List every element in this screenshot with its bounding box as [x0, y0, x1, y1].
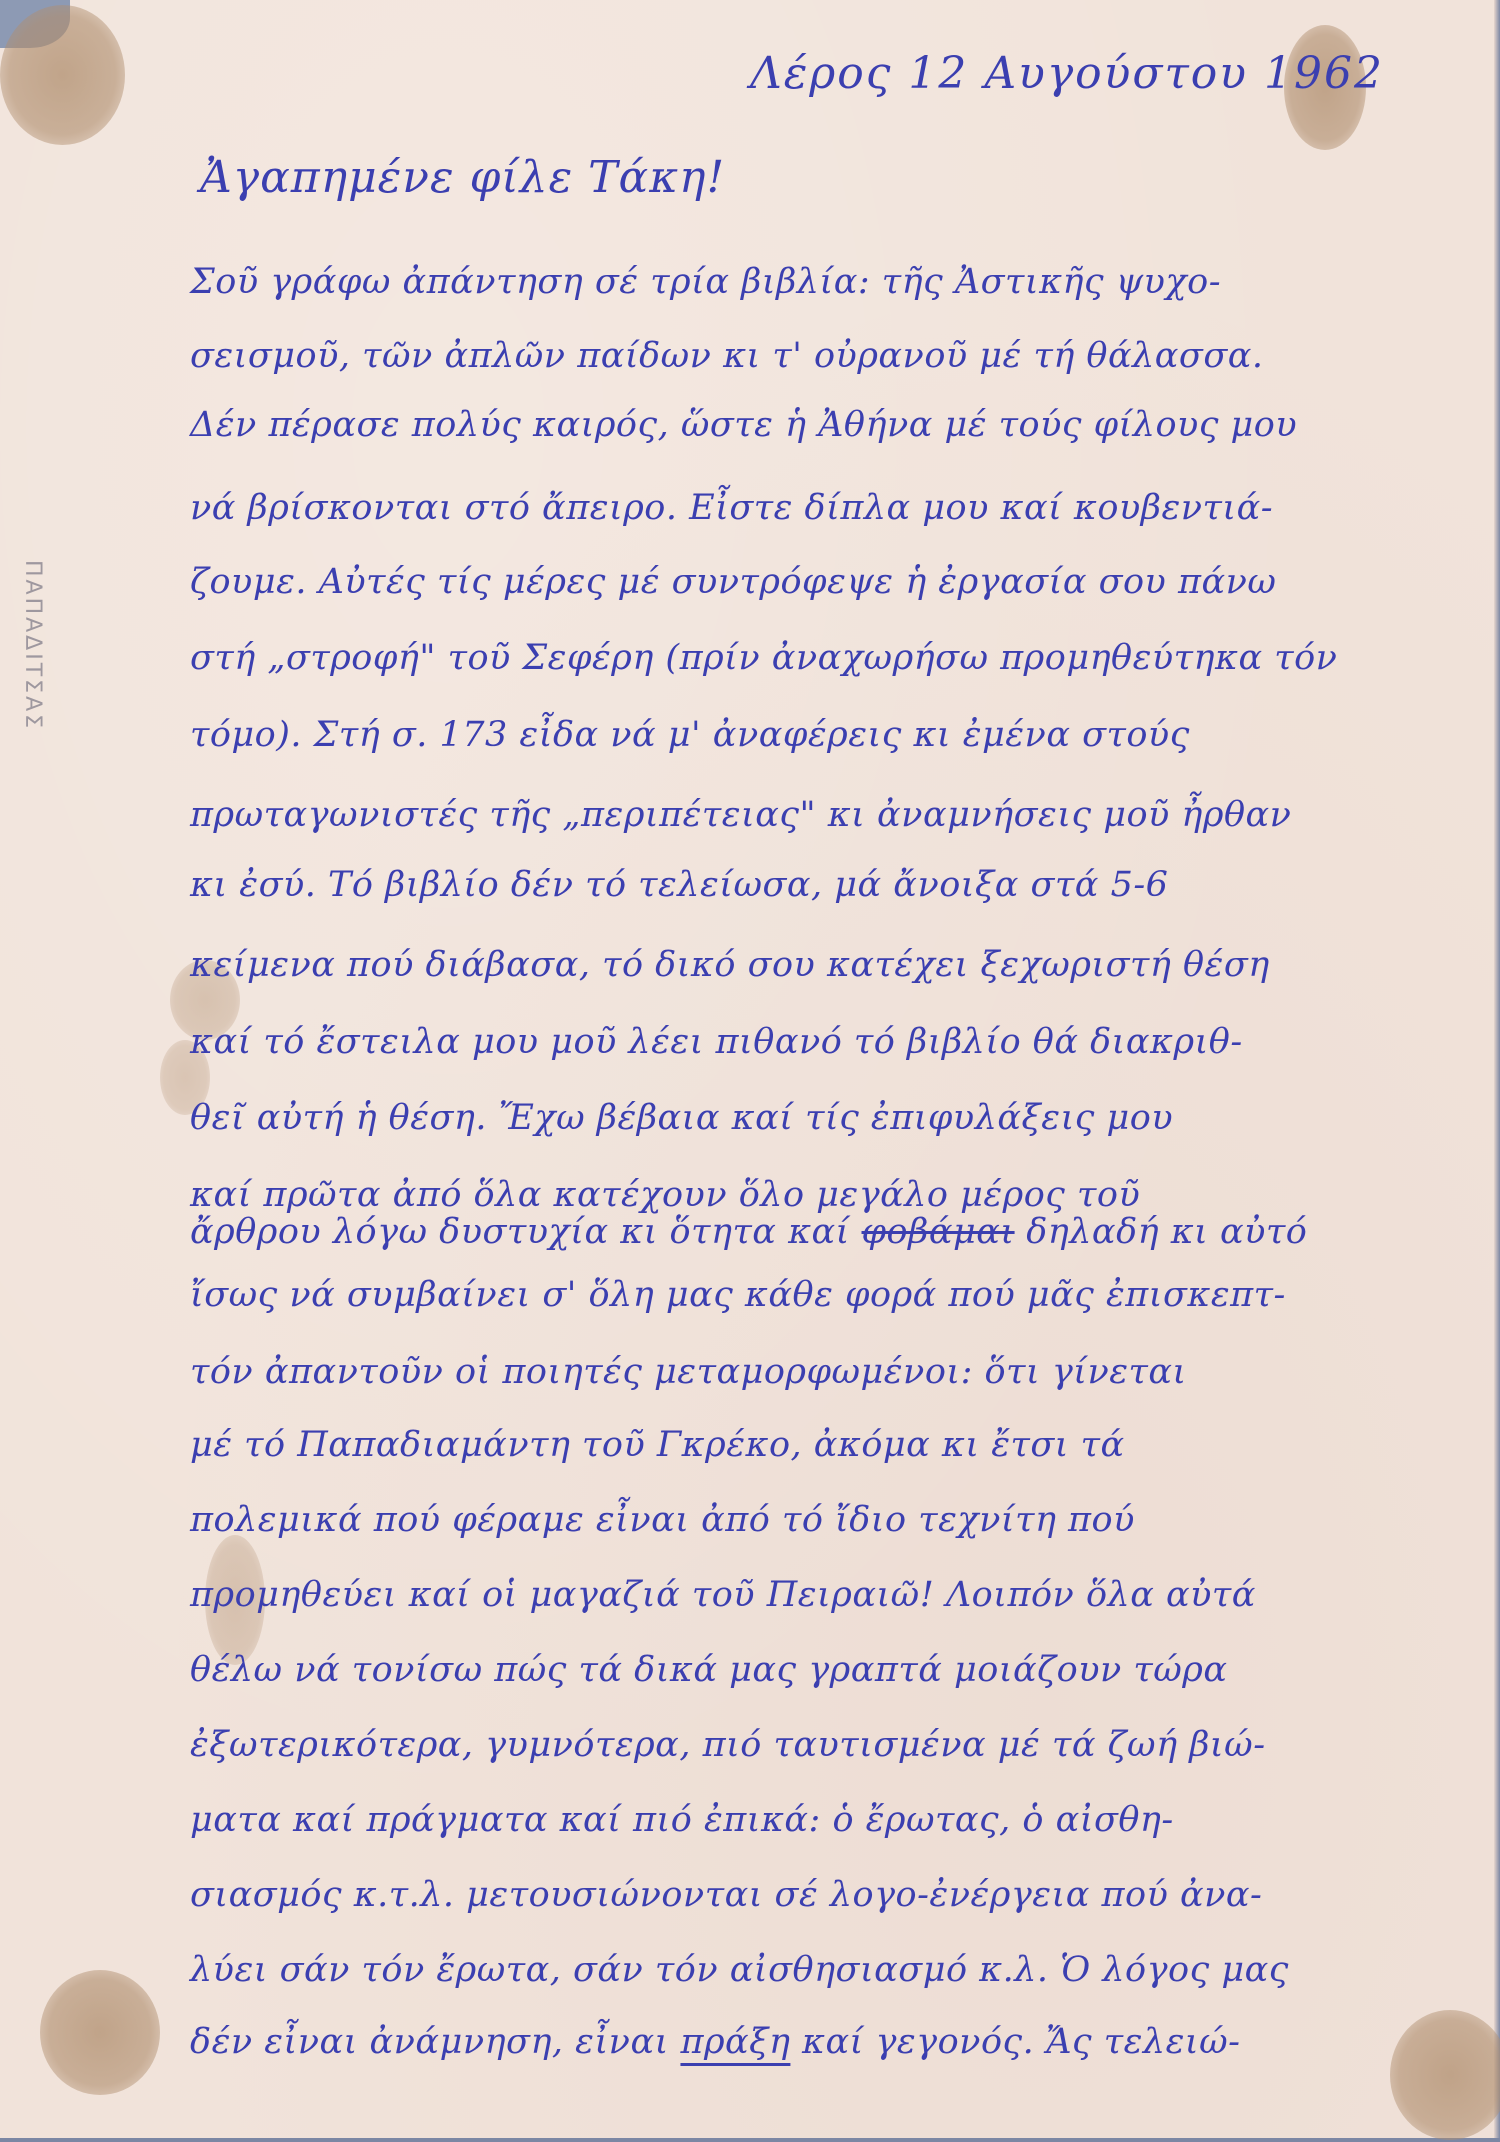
- body-line: μέ τό Παπαδιαμάντη τοῦ Γκρέκο, ἀκόμα κι …: [190, 1425, 1125, 1465]
- body-line: κι ἐσύ. Τό βιβλίο δέν τό τελείωσα, μά ἄν…: [190, 865, 1168, 905]
- backing-sheet-bottom-edge: [0, 2138, 1500, 2142]
- body-line: καί τό ἔστειλα μου μοῦ λέει πιθανό τό βι…: [190, 1022, 1243, 1062]
- salutation: Ἀγαπημένε φίλε Τάκη!: [200, 152, 725, 203]
- body-line: σεισμοῦ, τῶν ἀπλῶν παίδων κι τ' οὐρανοῦ …: [190, 336, 1263, 376]
- body-line: ζουμε. Αὐτές τίς μέρες μέ συντρόφεψε ἡ ἐ…: [190, 562, 1276, 602]
- stain-bottom-left: [40, 1970, 160, 2095]
- body-line: πολεμικά πού φέραμε εἶναι ἀπό τό ἴδιο τε…: [190, 1500, 1135, 1540]
- body-line: καί πρῶτα ἀπό ὅλα κατέχουν ὅλο μεγάλο μέ…: [190, 1175, 1140, 1215]
- body-line: ἐξωτερικότερα, γυμνότερα, πιό ταυτισμένα…: [190, 1725, 1266, 1765]
- backing-sheet-edge: [1494, 0, 1500, 2142]
- body-line: ἴσως νά συμβαίνει σ' ὅλη μας κάθε φορά π…: [190, 1275, 1286, 1315]
- body-line-with-strikethrough: ἄρθρου λόγω δυστυχία κι ὅτητα καί φοβάμα…: [190, 1212, 1307, 1252]
- body-line: σιασμός κ.τ.λ. μετουσιώνονται σέ λογο-ἐν…: [190, 1875, 1262, 1915]
- body-line-text: δηλαδή κι αὐτό: [1015, 1212, 1308, 1252]
- underlined-word: πράξη: [680, 2022, 790, 2062]
- body-line: τόμο). Στή σ. 173 εἶδα νά μ' ἀναφέρεις κ…: [190, 715, 1190, 755]
- body-line-text: καί γεγονός. Ἄς τελειώ-: [790, 2022, 1240, 2062]
- body-line: θέλω νά τονίσω πώς τά δικά μας γραπτά μο…: [190, 1650, 1228, 1690]
- body-line: θεῖ αὐτή ἡ θέση. Ἔχω βέβαια καί τίς ἐπιφ…: [190, 1098, 1173, 1138]
- body-line: Σοῦ γράφω ἀπάντηση σέ τρία βιβλία: τῆς Ἀ…: [190, 262, 1221, 302]
- body-line-with-underline: δέν εἶναι ἀνάμνηση, εἶναι πράξη καί γεγο…: [190, 2022, 1241, 2062]
- body-line: νά βρίσκονται στό ἄπειρο. Εἶστε δίπλα μο…: [190, 488, 1273, 528]
- body-line: προμηθεύει καί οἱ μαγαζιά τοῦ Πειραιῶ! Λ…: [190, 1575, 1256, 1615]
- body-line: στή „στροφή" τοῦ Σεφέρη (πρίν ἀναχωρήσω …: [190, 638, 1337, 678]
- body-line-text: ἄρθρου λόγω δυστυχία κι ὅτητα καί: [190, 1212, 862, 1252]
- stain-bottom-right: [1390, 2010, 1500, 2140]
- body-line: πρωταγωνιστές τῆς „περιπέτειας" κι ἀναμν…: [190, 795, 1291, 835]
- body-line: λύει σάν τόν ἔρωτα, σάν τόν αἰσθησιασμό …: [190, 1950, 1289, 1990]
- body-line-text: δέν εἶναι ἀνάμνηση, εἶναι: [190, 2022, 680, 2062]
- dateline: Λέρος 12 Αυγούστου 1962: [750, 48, 1384, 99]
- body-line: τόν ἀπαντοῦν οἱ ποιητές μεταμορφωμένοι: …: [190, 1352, 1187, 1392]
- body-line: κείμενα πού διάβασα, τό δικό σου κατέχει…: [190, 945, 1270, 985]
- body-line: Δέν πέρασε πολύς καιρός, ὥστε ἡ Ἀθήνα μέ…: [190, 405, 1297, 445]
- pencil-margin-note: ΠΑΠΑΔΙΤΣΑΣ: [20, 560, 45, 731]
- stain-top-left: [0, 5, 125, 145]
- struck-word: φοβάμαι: [862, 1212, 1015, 1252]
- body-line: ματα καί πράγματα καί πιό ἐπικά: ὁ ἔρωτα…: [190, 1800, 1174, 1840]
